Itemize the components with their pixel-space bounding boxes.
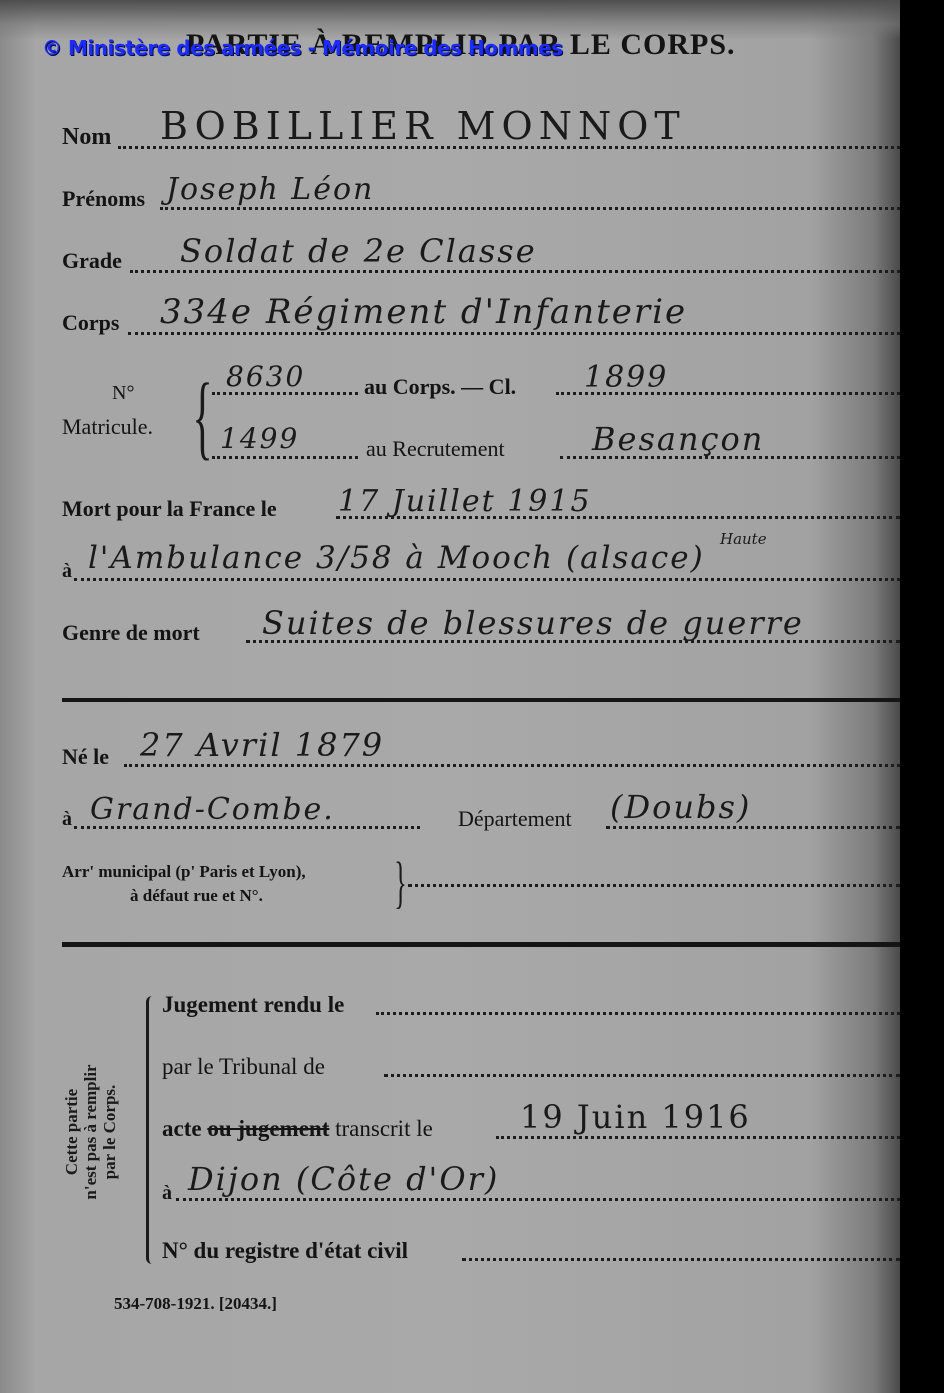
label-departement: Département xyxy=(458,806,572,832)
copyright-watermark: © Ministère des armées - Mémoire des Hom… xyxy=(42,36,563,60)
label-corps: Corps xyxy=(62,310,119,336)
label-genre-mort: Genre de mort xyxy=(62,620,200,646)
value-grade: Soldat de 2e Classe xyxy=(180,232,537,270)
line-acte xyxy=(496,1136,900,1139)
line-registre xyxy=(462,1258,900,1261)
label-recrutement: au Recrutement xyxy=(366,436,505,462)
death-record-card: PARTIE À REMPLIR PAR LE CORPS. © Ministè… xyxy=(0,0,900,1393)
value-nom: BOBILLIER MONNOT xyxy=(160,104,686,148)
value-genre-mort: Suites de blessures de guerre xyxy=(262,604,804,642)
line-arrondissement xyxy=(408,884,900,887)
value-lieu-mort: l'Ambulance 3/58 à Mooch (alsace) xyxy=(88,540,705,576)
value-ne-le: 27 Avril 1879 xyxy=(140,726,384,764)
label-acte: acte ou jugement transcrit le xyxy=(162,1116,433,1142)
line-ne-le xyxy=(124,764,900,767)
value-prenoms: Joseph Léon xyxy=(166,172,374,207)
label-grade: Grade xyxy=(62,248,122,274)
lower-section-brace xyxy=(146,996,153,1264)
line-jugement xyxy=(376,1012,900,1015)
label-acte-prefix: acte xyxy=(162,1116,207,1141)
value-recrutement: 1499 xyxy=(220,422,299,455)
value-corps: 334e Régiment d'Infanterie xyxy=(160,292,687,332)
line-corps xyxy=(128,332,900,335)
value-classe: 1899 xyxy=(584,360,668,395)
line-lieu-acte xyxy=(176,1198,900,1201)
section-divider-1 xyxy=(62,698,900,702)
line-lieu-mort xyxy=(74,578,900,581)
label-lieu-acte: à xyxy=(162,1182,172,1205)
annotation-haute: Haute xyxy=(720,530,767,548)
label-mort: Mort pour la France le xyxy=(62,496,277,522)
label-tribunal: par le Tribunal de xyxy=(162,1054,325,1080)
matricule-brace: { xyxy=(192,370,212,464)
side-note-line-1: Cette partie xyxy=(62,1032,81,1232)
value-recrutement-place: Besançon xyxy=(592,420,764,458)
label-au-corps-classe: au Corps. — Cl. xyxy=(364,374,516,400)
label-ne-le: Né le xyxy=(62,744,109,770)
value-departement: (Doubs) xyxy=(610,788,751,826)
label-registre: N° du registre d'état civil xyxy=(162,1238,408,1264)
line-prenoms xyxy=(160,207,900,210)
label-no: N° xyxy=(112,382,134,405)
line-recrutement xyxy=(212,456,358,459)
label-lieu-naissance: à xyxy=(62,808,72,831)
line-grade xyxy=(130,270,900,273)
section-divider-2 xyxy=(62,942,900,947)
value-au-corps: 8630 xyxy=(226,360,305,393)
side-note: Cette partie n'est pas à remplir par le … xyxy=(62,1032,119,1232)
label-acte-suffix: transcrit le xyxy=(329,1116,432,1141)
value-lieu-acte: Dijon (Côte d'Or) xyxy=(188,1160,499,1198)
label-prenoms: Prénoms xyxy=(62,186,145,212)
side-note-line-2: n'est pas à remplir xyxy=(81,1032,100,1232)
footer-print-reference: 534-708-1921. [20434.] xyxy=(114,1294,277,1314)
label-acte-struck: ou jugement xyxy=(207,1116,329,1141)
label-matricule: Matricule. xyxy=(62,414,153,440)
label-nom: Nom xyxy=(62,124,111,151)
line-departement xyxy=(606,826,900,829)
arrondissement-brace: } xyxy=(394,855,406,912)
line-tribunal xyxy=(384,1074,900,1077)
label-arrondissement-2: à défaut rue et N°. xyxy=(130,886,263,906)
label-lieu-mort: à xyxy=(62,560,72,583)
value-lieu-naissance: Grand-Combe. xyxy=(90,792,335,827)
value-acte: 19 Juin 1916 xyxy=(520,1098,751,1136)
side-note-line-3: par le Corps. xyxy=(100,1032,119,1232)
label-jugement: Jugement rendu le xyxy=(162,992,344,1018)
label-arrondissement-1: Arr' municipal (p' Paris et Lyon), xyxy=(62,862,306,882)
value-mort: 17 Juillet 1915 xyxy=(338,484,592,519)
